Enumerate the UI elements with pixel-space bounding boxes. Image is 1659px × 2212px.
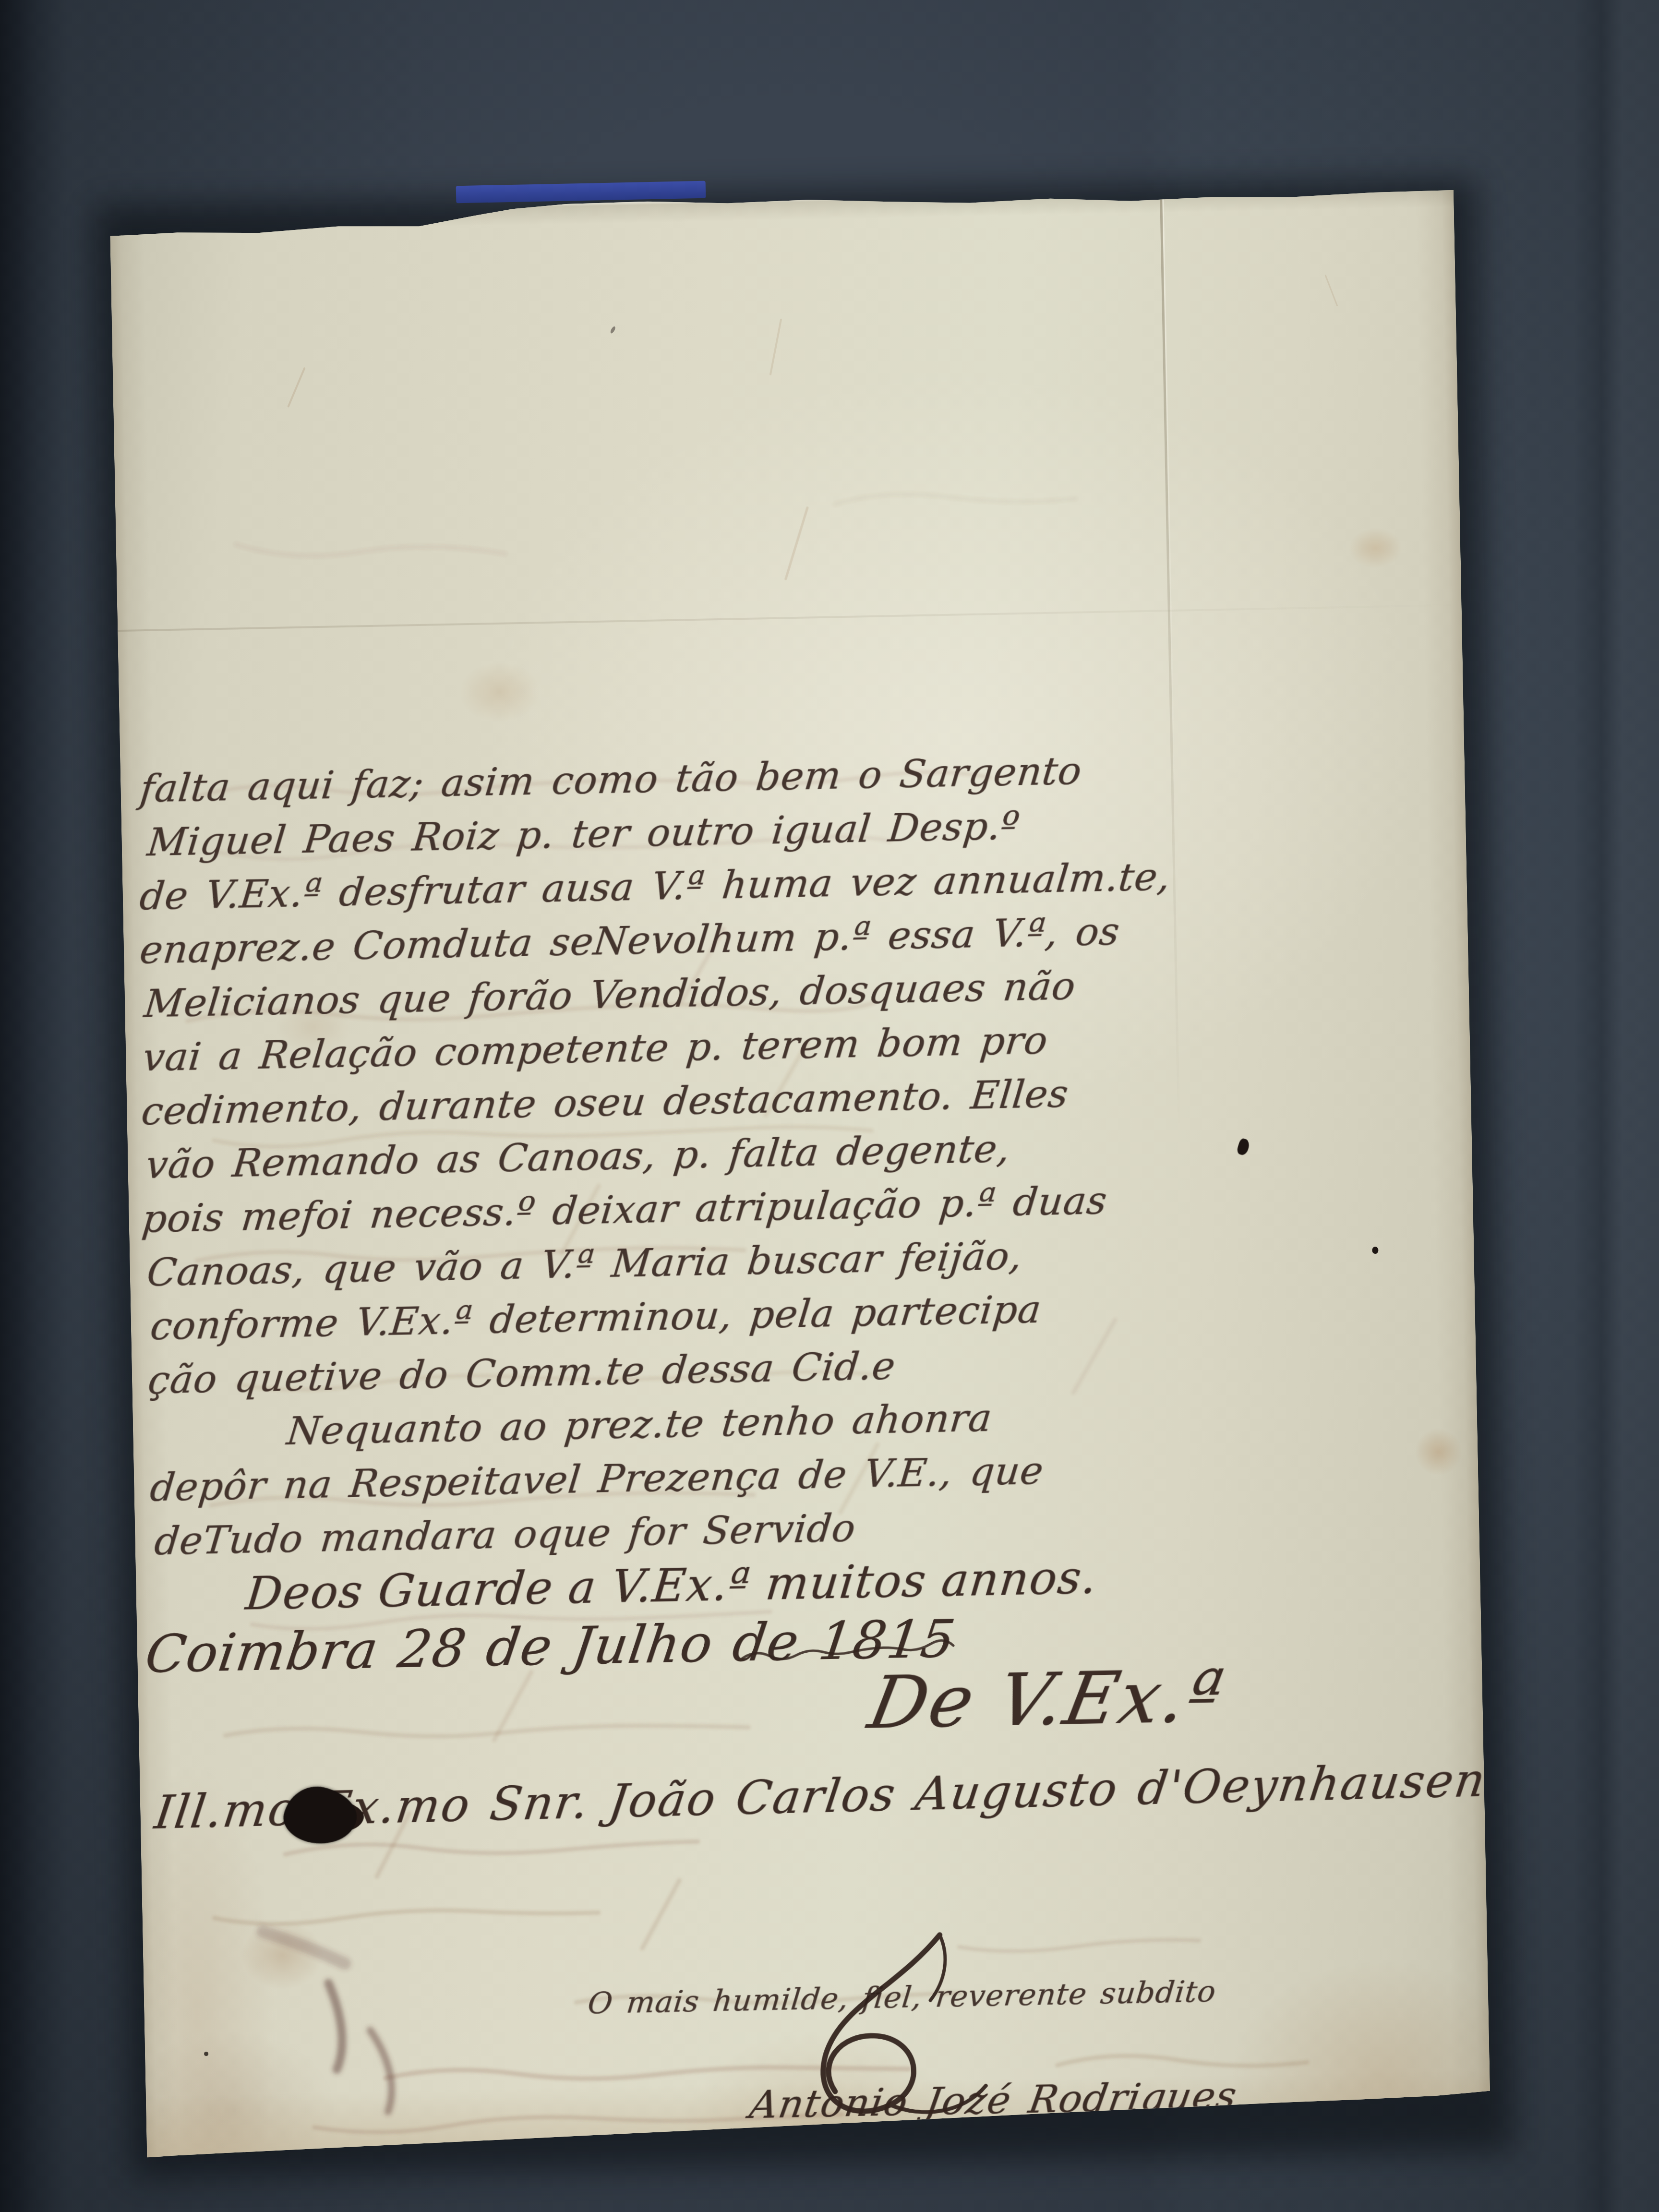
manuscript-line: deTudo mandara oque for Servido: [152, 1505, 858, 1563]
manuscript-line: conforme V.Ex.ª determinou, pela parteci…: [148, 1286, 1044, 1348]
photographed-manuscript: falta aqui faz; asim como tão bem o Sarg…: [0, 0, 1659, 2212]
ink-speck: [610, 325, 616, 334]
ink-speck: [204, 2052, 208, 2056]
ink-speck: [1372, 1247, 1378, 1254]
paper-fibre: [769, 318, 782, 375]
horizontal-fold-crease: [118, 604, 1462, 632]
manuscript-line: cedimento, durante oseu destacamento. El…: [139, 1071, 1070, 1133]
manuscript-line: vão Remando as Canoas, p. falta degente,: [144, 1126, 1012, 1188]
manuscript-line: Canoas, que vão a V.ª Maria buscar feijã…: [145, 1233, 1024, 1295]
manuscript-line: vai a Relação competente p. terem bom pr…: [141, 1018, 1050, 1080]
paper-fibre: [784, 506, 809, 581]
valediction: De V.Ex.ª: [862, 1655, 1231, 1745]
letter-page: falta aqui faz; asim como tão bem o Sarg…: [109, 185, 1491, 2157]
manuscript-line: Miguel Paes Roiz p. ter outro igual Desp…: [145, 803, 1022, 865]
paper-fibre: [287, 367, 306, 408]
manuscript-line: ção quetive do Comm.te dessa Cid.e: [146, 1343, 898, 1402]
manuscript-line: depôr na Respeitavel Prezença de V.E., q…: [148, 1448, 1046, 1510]
manuscript-line: pois mefoi necess.º deixar atripulação p…: [140, 1178, 1109, 1241]
paper-fibre: [1324, 275, 1338, 306]
manuscript-line: falta aqui faz; asim como tão bem o Sarg…: [138, 748, 1084, 811]
manuscript-line: Nequanto ao prez.te tenho ahonra: [285, 1395, 994, 1453]
manuscript-line: enaprez.e Comduta seNevolhum p.ª essa V.…: [138, 909, 1122, 972]
vertical-fold-highlight: [1162, 191, 1178, 959]
manuscript-line: Melicianos que forão Vendidos, dosquaes …: [142, 963, 1078, 1026]
ink-speck: [1236, 1138, 1251, 1156]
manuscript-line-deos-guarde: Deos Guarde a V.Ex.ª muitos annos.: [243, 1551, 1100, 1620]
vertical-fold-crease: [1160, 191, 1183, 1295]
manuscript-line: de V.Ex.ª desfrutar ausa V.ª huma vez an…: [138, 854, 1173, 918]
